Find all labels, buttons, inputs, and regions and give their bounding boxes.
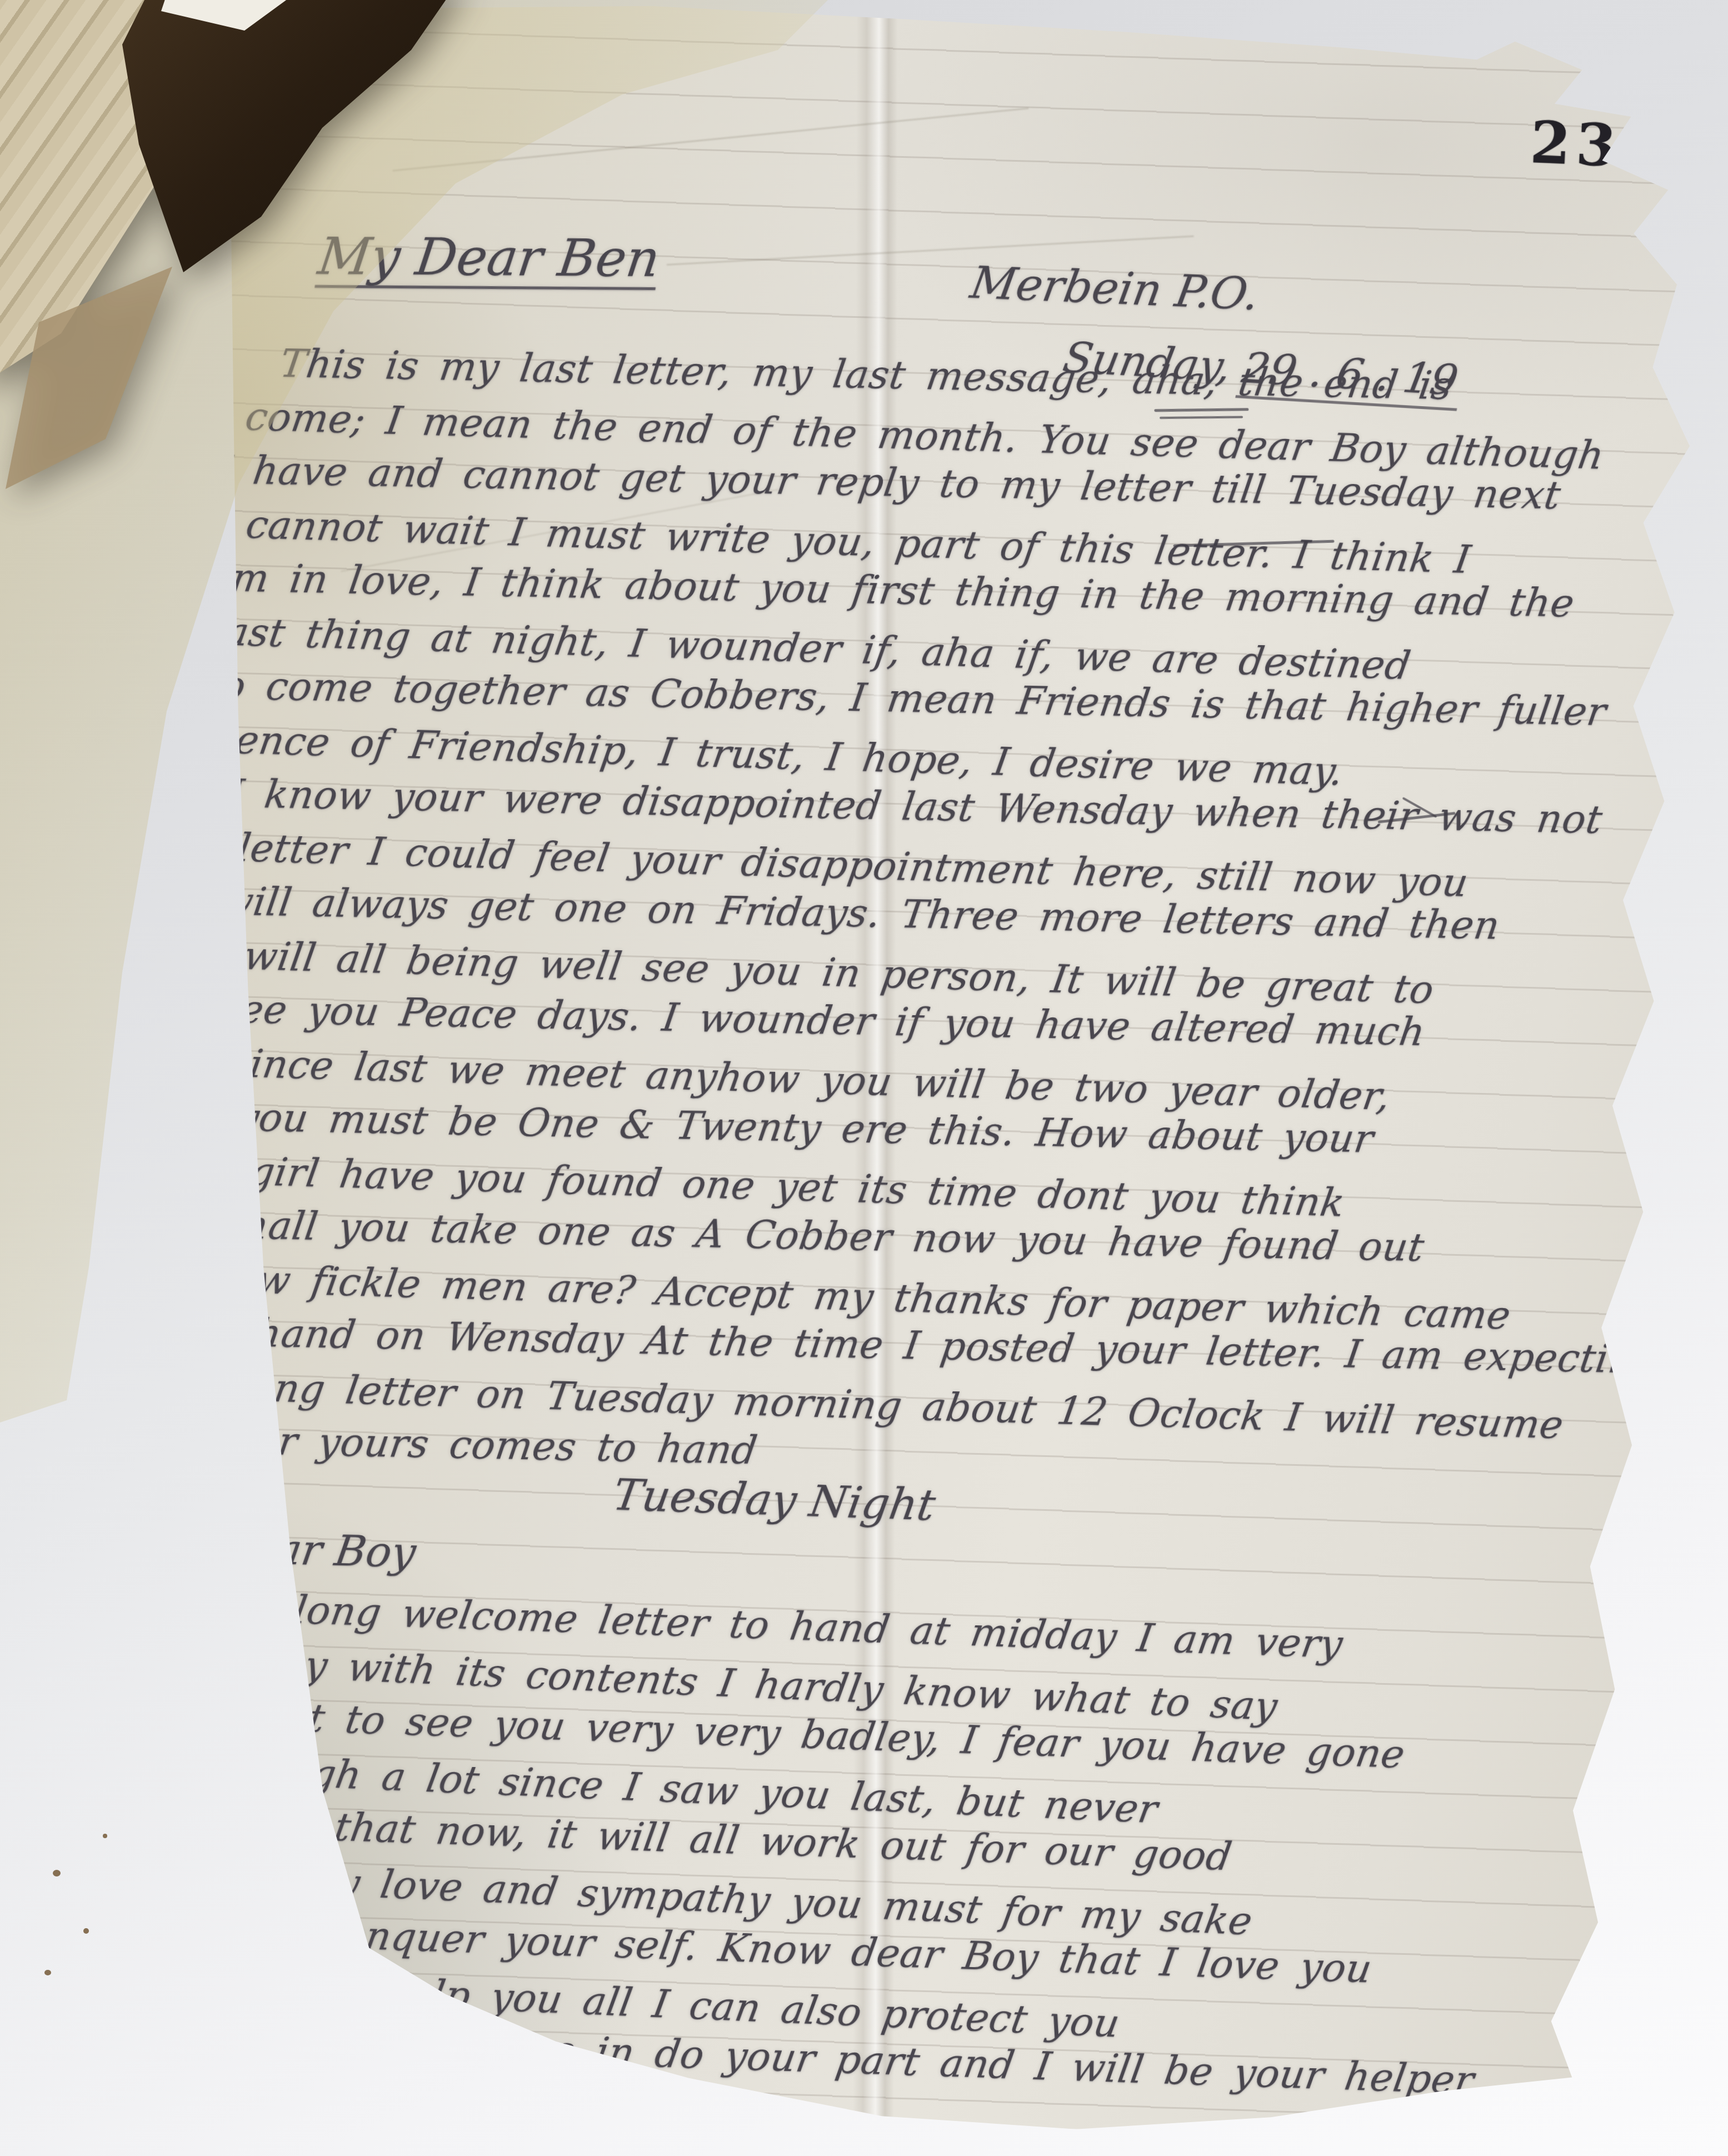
place-line: Merbein P.O. xyxy=(967,257,1263,320)
foxing-speck xyxy=(44,1970,51,1975)
paper-bundle xyxy=(0,0,495,533)
pencil-scribble xyxy=(1327,31,1427,52)
paper-crease xyxy=(667,236,1194,266)
salutation-dear-boy: Dear Boy xyxy=(214,1523,419,1577)
foxing-speck xyxy=(53,1870,61,1876)
section-heading-tuesday-night: Tuesday Night xyxy=(610,1470,938,1531)
foxing-speck xyxy=(103,1834,107,1838)
bundle-dark-cover xyxy=(122,0,467,289)
foxing-speck xyxy=(83,1928,89,1934)
page-number-stamp: 23 xyxy=(1529,108,1624,180)
photo-background: 23 My Dear Ben Merbein P.O. Sunday,29 . … xyxy=(0,0,1728,2156)
letter-body-tuesday: Your long welcome letter to hand at midd… xyxy=(165,1583,1655,2124)
